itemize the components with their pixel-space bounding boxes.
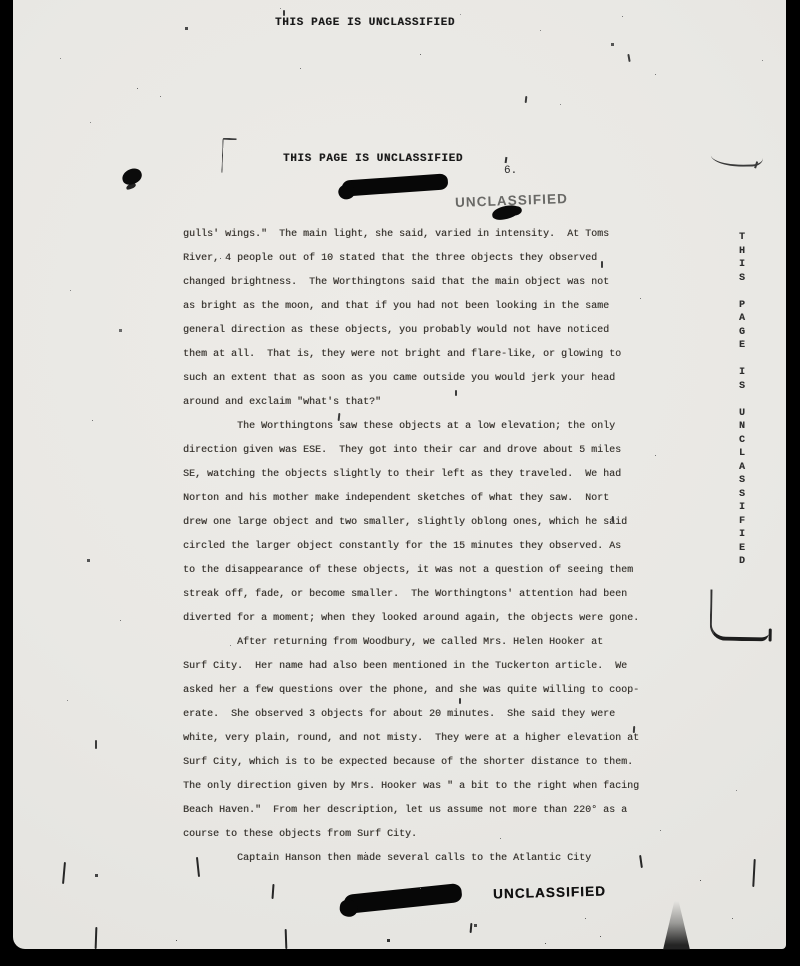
ink-tick [601, 261, 603, 268]
ink-tick [459, 698, 461, 704]
pen-bracket-mark [710, 589, 770, 641]
right-margin-classification-text: T H I S P A G E I S U N C L A S S I F I … [735, 231, 749, 569]
scanned-page: THIS PAGE IS UNCLASSIFIED THIS PAGE IS U… [0, 0, 800, 966]
bottom-unclassified-stamp: UNCLASSIFIED [493, 884, 606, 902]
document-body-text: gulls' wings." The main light, she said,… [183, 223, 639, 871]
top-classification-header: THIS PAGE IS UNCLASSIFIED [275, 17, 455, 29]
ink-tick [283, 10, 285, 16]
paper-specks [0, 0, 1, 1]
mid-classification-header: THIS PAGE IS UNCLASSIFIED [283, 153, 463, 165]
ink-tick [455, 390, 457, 396]
ink-tick [95, 740, 97, 749]
page-number: 6. [504, 165, 517, 177]
pen-corner-mark [221, 138, 236, 173]
